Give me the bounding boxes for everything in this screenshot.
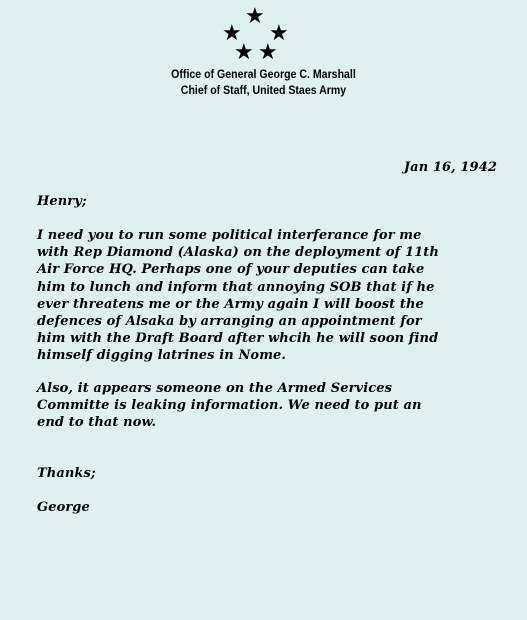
letter-greeting: Henry; <box>37 193 87 210</box>
letter-paragraph-1: I need you to run some political interfe… <box>37 227 507 365</box>
text-line: Also, it appears someone on the Armed Se… <box>37 380 507 397</box>
text-line: him to lunch and inform that annoying SO… <box>37 279 507 296</box>
letterhead: Office of General George C. Marshall Chi… <box>21 67 506 99</box>
text-line: ever threatens me or the Army again I wi… <box>37 296 507 313</box>
letterhead-title: Chief of Staff, United Staes Army <box>21 83 506 99</box>
star-icon: ★ <box>245 6 265 28</box>
letter-date: Jan 16, 1942 <box>404 159 497 176</box>
letter-paragraph-2: Also, it appears someone on the Armed Se… <box>37 380 507 432</box>
letter-closing: Thanks; <box>37 465 96 482</box>
text-line: Committe is leaking information. We need… <box>37 397 507 414</box>
star-icon: ★ <box>234 42 254 64</box>
letter-signature: George <box>37 499 90 516</box>
star-icon: ★ <box>258 42 278 64</box>
text-line: I need you to run some political interfe… <box>37 227 507 244</box>
five-star-insignia: ★ ★ ★ ★ ★ <box>0 0 527 64</box>
text-line: him with the Draft Board after whcih he … <box>37 330 507 347</box>
letterhead-office: Office of General George C. Marshall <box>21 67 506 83</box>
text-line: himself digging latrines in Nome. <box>37 347 507 364</box>
text-line: Air Force HQ. Perhaps one of your deputi… <box>37 261 507 278</box>
text-line: defences of Alsaka by arranging an appoi… <box>37 313 507 330</box>
text-line: end to that now. <box>37 414 507 431</box>
text-line: with Rep Diamond (Alaska) on the deploym… <box>37 244 507 261</box>
